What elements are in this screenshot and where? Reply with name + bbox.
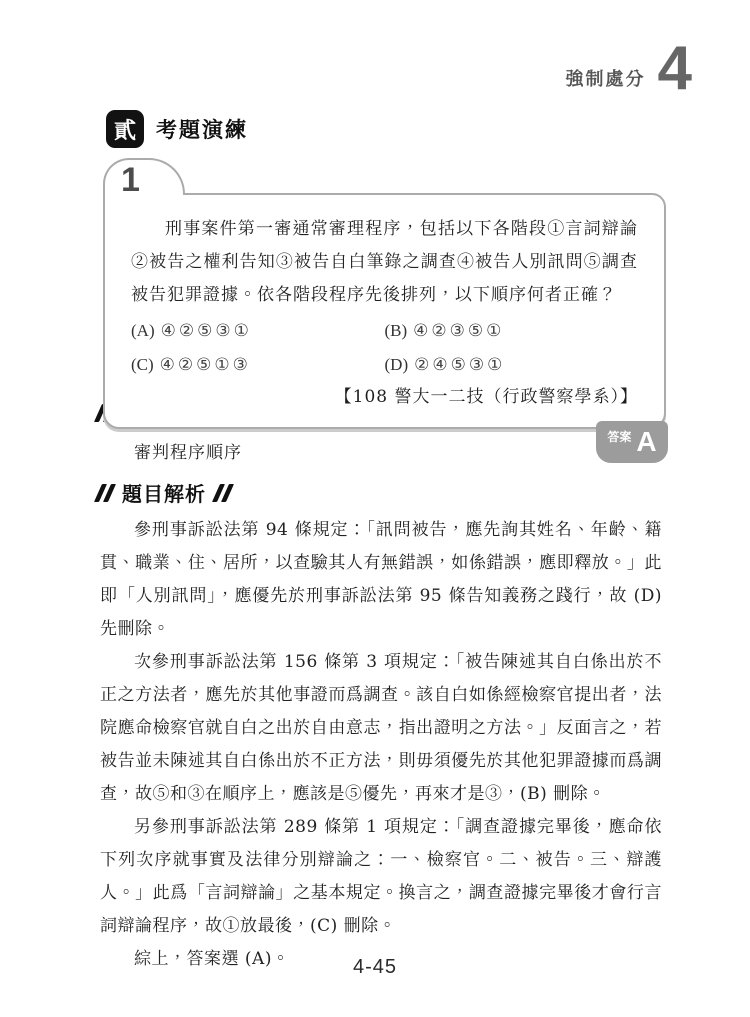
page-number: 4-45 — [0, 956, 750, 979]
section-number-icon: 貳 — [106, 110, 144, 148]
double-slash-icon — [216, 484, 230, 502]
answer-badge: 答案 A — [596, 421, 668, 463]
analysis-body: 參刑事訴訟法第 94 條規定：「訊問被告，應先詢其姓名、年齡、籍貫、職業、住、居… — [100, 514, 662, 976]
analysis-paragraph: 另參刑事訴訟法第 289 條第 1 項規定：「調查證據完畢後，應命依下列次序就事… — [100, 811, 662, 943]
question-text: 刑事案件第一審通常審理程序，包括以下各階段①言詞辯論②被告之權利告知③被告自白筆… — [131, 213, 638, 312]
answer-value: A — [636, 428, 656, 456]
question-card: 1 刑事案件第一審通常審理程序，包括以下各階段①言詞辯論②被告之權利告知③被告自… — [103, 158, 666, 429]
question-number-tab: 1 — [103, 158, 185, 195]
question-number: 1 — [121, 161, 140, 199]
double-slash-icon — [98, 484, 112, 502]
option-c-label: (C) — [131, 355, 154, 374]
option-d-value: ②④⑤③① — [414, 355, 505, 375]
option-b-value: ④②③⑤① — [413, 321, 504, 341]
issue-content: 審判程序順序 — [100, 438, 660, 463]
option-d-label: (D) — [385, 355, 409, 374]
option-b: (B)④②③⑤① — [385, 314, 639, 348]
chapter-number: 4 — [658, 38, 692, 100]
option-a-label: (A) — [131, 321, 155, 340]
answer-label: 答案 — [607, 428, 631, 445]
option-a-value: ④②⑤③① — [161, 321, 252, 341]
option-d: (D)②④⑤③① — [385, 348, 639, 382]
chapter-title: 強制處分 — [566, 47, 646, 91]
running-head: 強制處分 4 — [566, 38, 692, 100]
section-title: 考題演練 — [156, 114, 248, 144]
exam-source: 【108 警大一二技（行政警察學系）】 — [131, 382, 638, 413]
option-c-value: ④②⑤①③ — [160, 355, 251, 375]
analysis-heading: 題目解析 — [98, 478, 230, 507]
book-page: 強制處分 4 貳 考題演練 1 刑事案件第一審通常審理程序，包括以下各階段①言詞… — [0, 0, 750, 1017]
section-heading: 貳 考題演練 — [106, 110, 248, 148]
option-a: (A)④②⑤③① — [131, 314, 385, 348]
analysis-paragraph: 參刑事訴訟法第 94 條規定：「訊問被告，應先詢其姓名、年齡、籍貫、職業、住、居… — [100, 514, 662, 646]
option-c: (C)④②⑤①③ — [131, 348, 385, 382]
question-body: 刑事案件第一審通常審理程序，包括以下各階段①言詞辯論②被告之權利告知③被告自白筆… — [103, 193, 666, 429]
analysis-heading-text: 題目解析 — [122, 478, 206, 507]
option-b-label: (B) — [385, 321, 408, 340]
analysis-paragraph: 次參刑事訴訟法第 156 條第 3 項規定：「被告陳述其自白係出於不正之方法者，… — [100, 646, 662, 811]
options-grid: (A)④②⑤③① (B)④②③⑤① (C)④②⑤①③ (D)②④⑤③① — [131, 314, 638, 382]
